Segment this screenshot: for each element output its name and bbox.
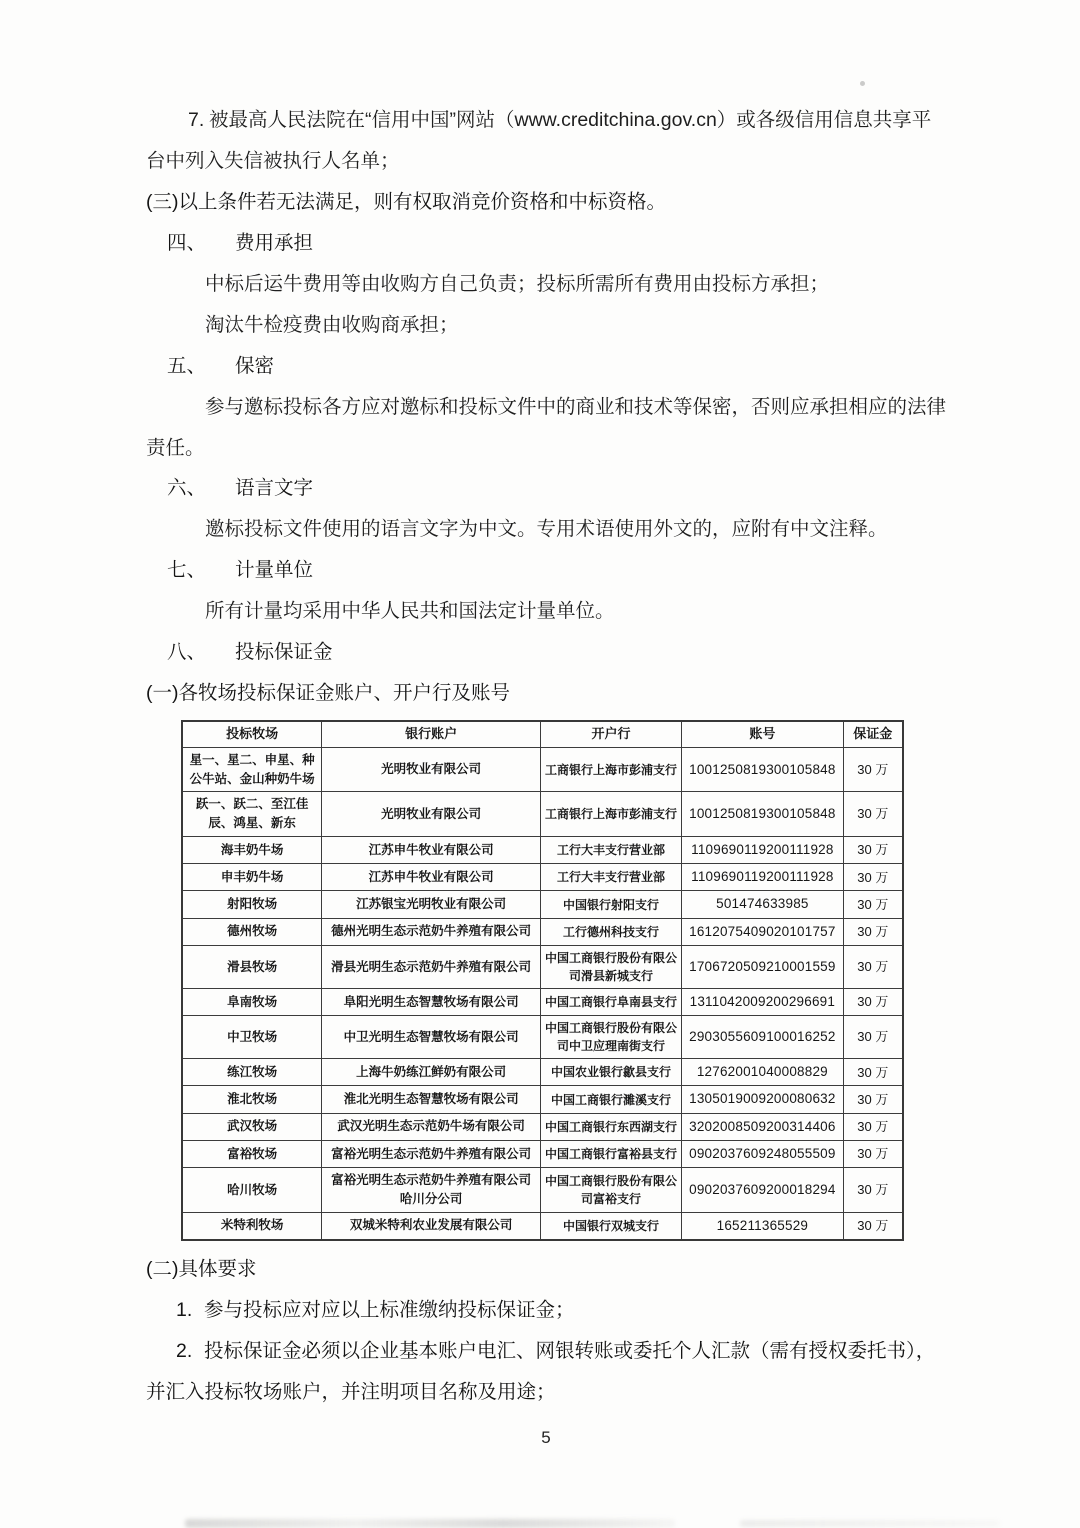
table-cell: 1109690119200111928 bbox=[682, 864, 844, 891]
table-cell: 中国工商银行股份有限公司中卫应理南街支行 bbox=[540, 1016, 681, 1059]
section-5-heading: 五、保密 bbox=[146, 346, 946, 387]
table-cell: 30 万 bbox=[843, 792, 903, 837]
table-cell: 光明牧业有限公司 bbox=[322, 747, 540, 792]
table-cell: 练江牧场 bbox=[182, 1059, 322, 1086]
section-6-paragraph-1: 邀标投标文件使用的语言文字为中文。专用术语使用外文的，应附有中文注释。 bbox=[146, 509, 946, 550]
section-7-title: 计量单位 bbox=[235, 559, 313, 581]
table-cell: 江苏银宝光明牧业有限公司 bbox=[322, 891, 540, 918]
table-row: 中卫牧场中卫光明生态智慧牧场有限公司中国工商银行股份有限公司中卫应理南街支行29… bbox=[182, 1016, 903, 1059]
table-cell: 30 万 bbox=[843, 1113, 903, 1140]
table-cell: 0902037609248055509 bbox=[682, 1140, 844, 1167]
table-cell: 中国农业银行歙县支行 bbox=[540, 1059, 681, 1086]
table-cell: 阜阳光明生态智慧牧场有限公司 bbox=[322, 988, 540, 1015]
table-cell: 淮北光明生态智慧牧场有限公司 bbox=[322, 1086, 540, 1113]
section-5-number: 五、 bbox=[167, 346, 235, 387]
item-7-number: 7. bbox=[167, 100, 209, 141]
table-row: 德州牧场德州光明生态示范奶牛养殖有限公司工行德州科技支行161207540902… bbox=[182, 918, 903, 945]
table-row: 射阳牧场江苏银宝光明牧业有限公司中国银行射阳支行50147463398530 万 bbox=[182, 891, 903, 918]
table-cell: 滑县光明生态示范奶牛养殖有限公司 bbox=[322, 945, 540, 988]
column-header-farm: 投标牧场 bbox=[182, 721, 322, 747]
subsection-2-heading: (二)具体要求 bbox=[146, 1249, 946, 1290]
section-8-heading: 八、投标保证金 bbox=[146, 632, 946, 673]
subsection-1-heading: (一)各牧场投标保证金账户、开户行及账号 bbox=[146, 673, 946, 714]
table-cell: 1706720509210001559 bbox=[682, 945, 844, 988]
section-4-paragraph-1: 中标后运牛费用等由收购方自己负责；投标所需所有费用由投标方承担； bbox=[146, 264, 946, 305]
table-cell: 滑县牧场 bbox=[182, 945, 322, 988]
table-cell: 光明牧业有限公司 bbox=[322, 792, 540, 837]
requirement-2-number: 2. bbox=[161, 1331, 204, 1372]
table-cell: 富裕光明生态示范奶牛养殖有限公司哈川分公司 bbox=[322, 1168, 540, 1213]
table-cell: 30 万 bbox=[843, 836, 903, 863]
table-cell: 1305019009200080632 bbox=[682, 1086, 844, 1113]
clause-item-7: 7.被最高人民法院在“信用中国”网站（www.creditchina.gov.c… bbox=[146, 100, 946, 182]
table-cell: 30 万 bbox=[843, 1140, 903, 1167]
table-cell: 武汉光明生态示范奶牛场有限公司 bbox=[322, 1113, 540, 1140]
table-cell: 富裕光明生态示范奶牛养殖有限公司 bbox=[322, 1140, 540, 1167]
scan-artifact-smudge bbox=[185, 1519, 675, 1528]
table-cell: 米特利牧场 bbox=[182, 1212, 322, 1240]
table-row: 滑县牧场滑县光明生态示范奶牛养殖有限公司中国工商银行股份有限公司滑县新城支行17… bbox=[182, 945, 903, 988]
table-cell: 中国工商银行濉溪支行 bbox=[540, 1086, 681, 1113]
scan-artifact-dot bbox=[860, 81, 865, 86]
table-cell: 1612075409020101757 bbox=[682, 918, 844, 945]
requirement-1-text: 参与投标应对应以上标准缴纳投标保证金； bbox=[204, 1299, 575, 1321]
table-cell: 12762001040008829 bbox=[682, 1059, 844, 1086]
section-4-heading: 四、费用承担 bbox=[146, 223, 946, 264]
table-cell: 淮北牧场 bbox=[182, 1086, 322, 1113]
table-cell: 30 万 bbox=[843, 891, 903, 918]
table-cell: 165211365529 bbox=[682, 1212, 844, 1240]
table-cell: 哈川牧场 bbox=[182, 1168, 322, 1213]
table-header-row: 投标牧场 银行账户 开户行 账号 保证金 bbox=[182, 721, 903, 747]
table-row: 武汉牧场武汉光明生态示范奶牛场有限公司中国工商银行东西湖支行3202008509… bbox=[182, 1113, 903, 1140]
scan-artifact-smudge-2 bbox=[740, 1520, 1000, 1527]
table-cell: 工商银行上海市彭浦支行 bbox=[540, 792, 681, 837]
table-row: 跃一、跃二、至江佳辰、鸿星、新东光明牧业有限公司工商银行上海市彭浦支行10012… bbox=[182, 792, 903, 837]
table-cell: 501474633985 bbox=[682, 891, 844, 918]
table-cell: 工行德州科技支行 bbox=[540, 918, 681, 945]
table-row: 申丰奶牛场江苏申牛牧业有限公司工行大丰支行营业部1109690119200111… bbox=[182, 864, 903, 891]
table-cell: 中国银行射阳支行 bbox=[540, 891, 681, 918]
table-row: 星一、星二、申星、种公牛站、金山种奶牛场光明牧业有限公司工商银行上海市彭浦支行1… bbox=[182, 747, 903, 792]
table-cell: 中国工商银行富裕县支行 bbox=[540, 1140, 681, 1167]
table-cell: 30 万 bbox=[843, 864, 903, 891]
table-cell: 工行大丰支行营业部 bbox=[540, 864, 681, 891]
table-cell: 江苏申牛牧业有限公司 bbox=[322, 864, 540, 891]
table-cell: 武汉牧场 bbox=[182, 1113, 322, 1140]
section-5-paragraph-1: 参与邀标投标各方应对邀标和投标文件中的商业和技术等保密，否则应承担相应的法律责任… bbox=[146, 387, 946, 469]
requirement-1-number: 1. bbox=[161, 1290, 204, 1331]
table-cell: 德州牧场 bbox=[182, 918, 322, 945]
deposit-table-header: 投标牧场 银行账户 开户行 账号 保证金 bbox=[182, 721, 903, 747]
table-cell: 30 万 bbox=[843, 1212, 903, 1240]
column-header-opening-bank: 开户行 bbox=[540, 721, 681, 747]
table-cell: 申丰奶牛场 bbox=[182, 864, 322, 891]
section-7-paragraph-1: 所有计量均采用中华人民共和国法定计量单位。 bbox=[146, 591, 946, 632]
table-cell: 30 万 bbox=[843, 1016, 903, 1059]
table-row: 富裕牧场富裕光明生态示范奶牛养殖有限公司中国工商银行富裕县支行090203760… bbox=[182, 1140, 903, 1167]
section-4-title: 费用承担 bbox=[235, 232, 313, 254]
table-cell: 30 万 bbox=[843, 945, 903, 988]
table-cell: 30 万 bbox=[843, 1086, 903, 1113]
table-row: 阜南牧场阜阳光明生态智慧牧场有限公司中国工商银行阜南县支行13110420092… bbox=[182, 988, 903, 1015]
table-cell: 中国银行双城支行 bbox=[540, 1212, 681, 1240]
section-8-number: 八、 bbox=[167, 632, 235, 673]
section-4-number: 四、 bbox=[167, 223, 235, 264]
table-cell: 阜南牧场 bbox=[182, 988, 322, 1015]
table-cell: 海丰奶牛场 bbox=[182, 836, 322, 863]
table-cell: 工行大丰支行营业部 bbox=[540, 836, 681, 863]
table-cell: 中国工商银行阜南县支行 bbox=[540, 988, 681, 1015]
column-header-account-number: 账号 bbox=[682, 721, 844, 747]
table-cell: 3202008509200314406 bbox=[682, 1113, 844, 1140]
section-6-number: 六、 bbox=[167, 468, 235, 509]
table-cell: 中国工商银行东西湖支行 bbox=[540, 1113, 681, 1140]
deposit-table-body: 星一、星二、申星、种公牛站、金山种奶牛场光明牧业有限公司工商银行上海市彭浦支行1… bbox=[182, 747, 903, 1240]
table-row: 米特利牧场双城米特利农业发展有限公司中国银行双城支行16521136552930… bbox=[182, 1212, 903, 1240]
table-row: 海丰奶牛场江苏申牛牧业有限公司工行大丰支行营业部1109690119200111… bbox=[182, 836, 903, 863]
deposit-account-table: 投标牧场 银行账户 开户行 账号 保证金 星一、星二、申星、种公牛站、金山种奶牛… bbox=[181, 720, 904, 1241]
table-cell: 中卫牧场 bbox=[182, 1016, 322, 1059]
document-page: 7.被最高人民法院在“信用中国”网站（www.creditchina.gov.c… bbox=[0, 0, 1080, 1528]
table-cell: 中卫光明生态智慧牧场有限公司 bbox=[322, 1016, 540, 1059]
document-content: 7.被最高人民法院在“信用中国”网站（www.creditchina.gov.c… bbox=[146, 100, 946, 1455]
table-cell: 德州光明生态示范奶牛养殖有限公司 bbox=[322, 918, 540, 945]
table-cell: 1109690119200111928 bbox=[682, 836, 844, 863]
page-number: 5 bbox=[146, 1421, 946, 1455]
section-4-paragraph-2: 淘汰牛检疫费由收购商承担； bbox=[146, 305, 946, 346]
table-row: 哈川牧场富裕光明生态示范奶牛养殖有限公司哈川分公司中国工商银行股份有限公司富裕支… bbox=[182, 1168, 903, 1213]
table-cell: 1311042009200296691 bbox=[682, 988, 844, 1015]
table-cell: 中国工商银行股份有限公司滑县新城支行 bbox=[540, 945, 681, 988]
requirement-item-2: 2.投标保证金必须以企业基本账户电汇、网银转账或委托个人汇款（需有授权委托书），… bbox=[146, 1331, 946, 1413]
table-cell: 上海牛奶练江鲜奶有限公司 bbox=[322, 1059, 540, 1086]
column-header-bank-account-name: 银行账户 bbox=[322, 721, 540, 747]
item-7-text: 被最高人民法院在“信用中国”网站（www.creditchina.gov.cn）… bbox=[146, 109, 931, 172]
section-8-title: 投标保证金 bbox=[235, 641, 333, 663]
section-5-title: 保密 bbox=[235, 355, 274, 377]
table-cell: 双城米特利农业发展有限公司 bbox=[322, 1212, 540, 1240]
requirement-2-text: 投标保证金必须以企业基本账户电汇、网银转账或委托个人汇款（需有授权委托书），并汇… bbox=[146, 1340, 935, 1403]
table-cell: 工商银行上海市彭浦支行 bbox=[540, 747, 681, 792]
table-cell: 江苏申牛牧业有限公司 bbox=[322, 836, 540, 863]
clause-3-disqualification: (三)以上条件若无法满足，则有权取消竞价资格和中标资格。 bbox=[146, 182, 946, 223]
table-cell: 30 万 bbox=[843, 918, 903, 945]
table-cell: 30 万 bbox=[843, 747, 903, 792]
section-7-number: 七、 bbox=[167, 550, 235, 591]
table-cell: 中国工商银行股份有限公司富裕支行 bbox=[540, 1168, 681, 1213]
table-cell: 1001250819300105848 bbox=[682, 792, 844, 837]
section-7-heading: 七、计量单位 bbox=[146, 550, 946, 591]
table-cell: 2903055609100016252 bbox=[682, 1016, 844, 1059]
table-row: 淮北牧场淮北光明生态智慧牧场有限公司中国工商银行濉溪支行130501900920… bbox=[182, 1086, 903, 1113]
table-cell: 射阳牧场 bbox=[182, 891, 322, 918]
table-cell: 富裕牧场 bbox=[182, 1140, 322, 1167]
table-cell: 1001250819300105848 bbox=[682, 747, 844, 792]
table-cell: 30 万 bbox=[843, 988, 903, 1015]
table-cell: 30 万 bbox=[843, 1168, 903, 1213]
section-6-title: 语言文字 bbox=[235, 477, 313, 499]
table-cell: 跃一、跃二、至江佳辰、鸿星、新东 bbox=[182, 792, 322, 837]
table-cell: 星一、星二、申星、种公牛站、金山种奶牛场 bbox=[182, 747, 322, 792]
table-cell: 30 万 bbox=[843, 1059, 903, 1086]
column-header-deposit: 保证金 bbox=[843, 721, 903, 747]
table-row: 练江牧场上海牛奶练江鲜奶有限公司中国农业银行歙县支行12762001040008… bbox=[182, 1059, 903, 1086]
requirement-item-1: 1.参与投标应对应以上标准缴纳投标保证金； bbox=[146, 1290, 946, 1331]
section-6-heading: 六、语言文字 bbox=[146, 468, 946, 509]
table-cell: 0902037609200018294 bbox=[682, 1168, 844, 1213]
